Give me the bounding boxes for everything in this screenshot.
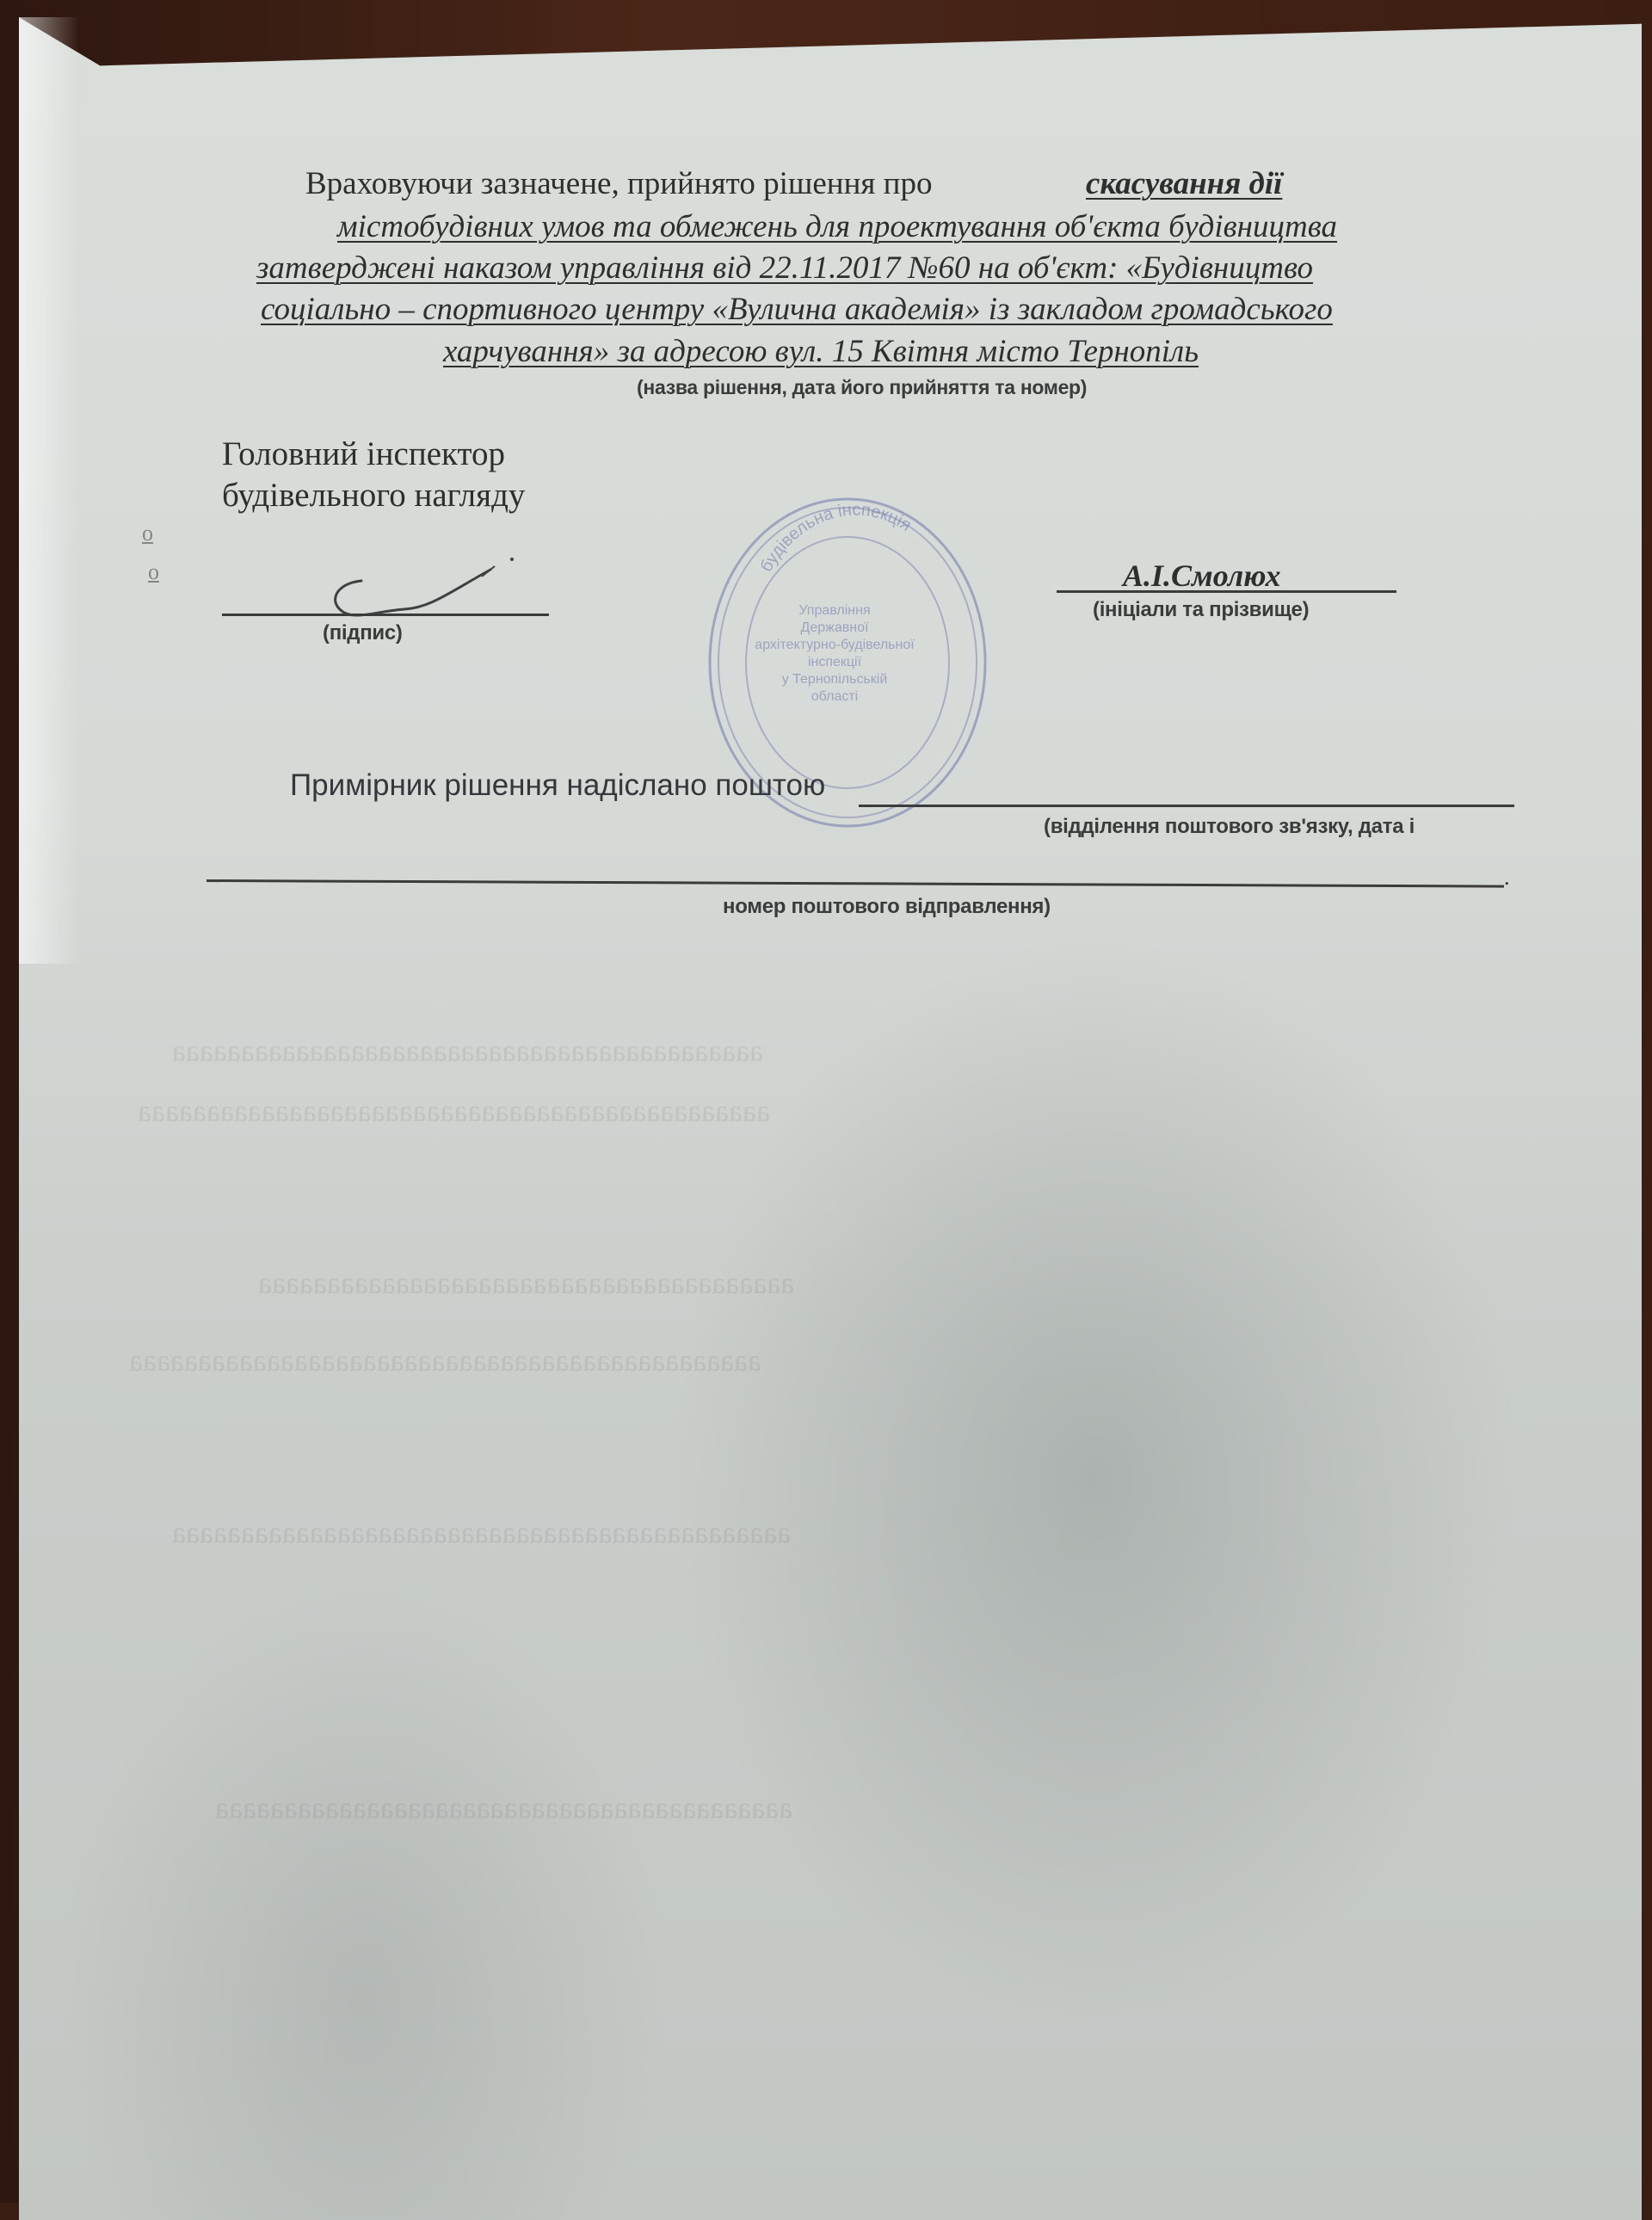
signature-caption: (підпис) — [323, 621, 403, 645]
bleed-through-text: аааааааааааааааааааааааааааааааааааааааа… — [215, 1790, 792, 1826]
stamp-line: інспекції — [749, 654, 921, 671]
position-title-line-2: будівельного нагляду — [222, 476, 525, 515]
postal-line-1 — [859, 805, 1514, 807]
decision-text-line-2: містобудівних умов та обмежень для проек… — [337, 208, 1337, 245]
decision-text-line-4: соціально – спортивного центру «Вулична … — [261, 291, 1333, 328]
intro-text: Враховуючи зазначене, прийнято рішення п… — [305, 165, 932, 202]
stamp-line: архітектурно-будівельної — [749, 637, 921, 654]
stamp-line: Державної — [749, 620, 921, 637]
postal-caption-1: (відділення поштового зв'язку, дата і — [1044, 815, 1415, 839]
decision-text-line-1: скасування дії — [1086, 165, 1282, 202]
decision-text-line-5: харчування» за адресою вул. 15 Квітня мі… — [443, 333, 1199, 370]
signatory-name: А.І.Смолюх — [1123, 558, 1281, 594]
postal-line-end-mark: . — [1504, 865, 1510, 891]
stamp-line: у Тернопільській — [749, 671, 921, 688]
bleed-through-text: аааааааааааааааааааааааааааааааааааааааа… — [172, 1514, 791, 1551]
signature-scribble — [310, 551, 533, 628]
margin-mark: о — [142, 521, 153, 546]
name-line — [1057, 590, 1396, 593]
bleed-through-text: ааааааааааааааааааааааааааааааааааааааа — [258, 1265, 794, 1301]
position-title-line-1: Головний інспектор — [222, 435, 505, 473]
margin-mark: о — [148, 559, 159, 585]
postal-caption-2: номер поштового відправлення) — [723, 895, 1051, 919]
decision-caption: (назва рішення, дата його прийняття та н… — [637, 376, 1087, 399]
name-caption: (ініціали та прізвище) — [1093, 598, 1309, 622]
postal-label: Примірник рішення надіслано поштою — [290, 768, 825, 803]
stamp-center-text: Управління Державної архітектурно-будіве… — [749, 602, 921, 706]
decision-text-line-3: затверджені наказом управління від 22.11… — [256, 250, 1313, 287]
stamp-line: Управління — [749, 602, 921, 620]
stamp-line: області — [749, 688, 921, 706]
bleed-through-text: аааааааааааааааааааааааааааааааааааааааа… — [172, 1033, 763, 1069]
bleed-through-text: аааааааааааааааааааааааааааааааааааааааа… — [129, 1342, 761, 1378]
bleed-through-text: аааааааааааааааааааааааааааааааааааааааа… — [138, 1093, 770, 1129]
signature-line — [222, 614, 549, 616]
